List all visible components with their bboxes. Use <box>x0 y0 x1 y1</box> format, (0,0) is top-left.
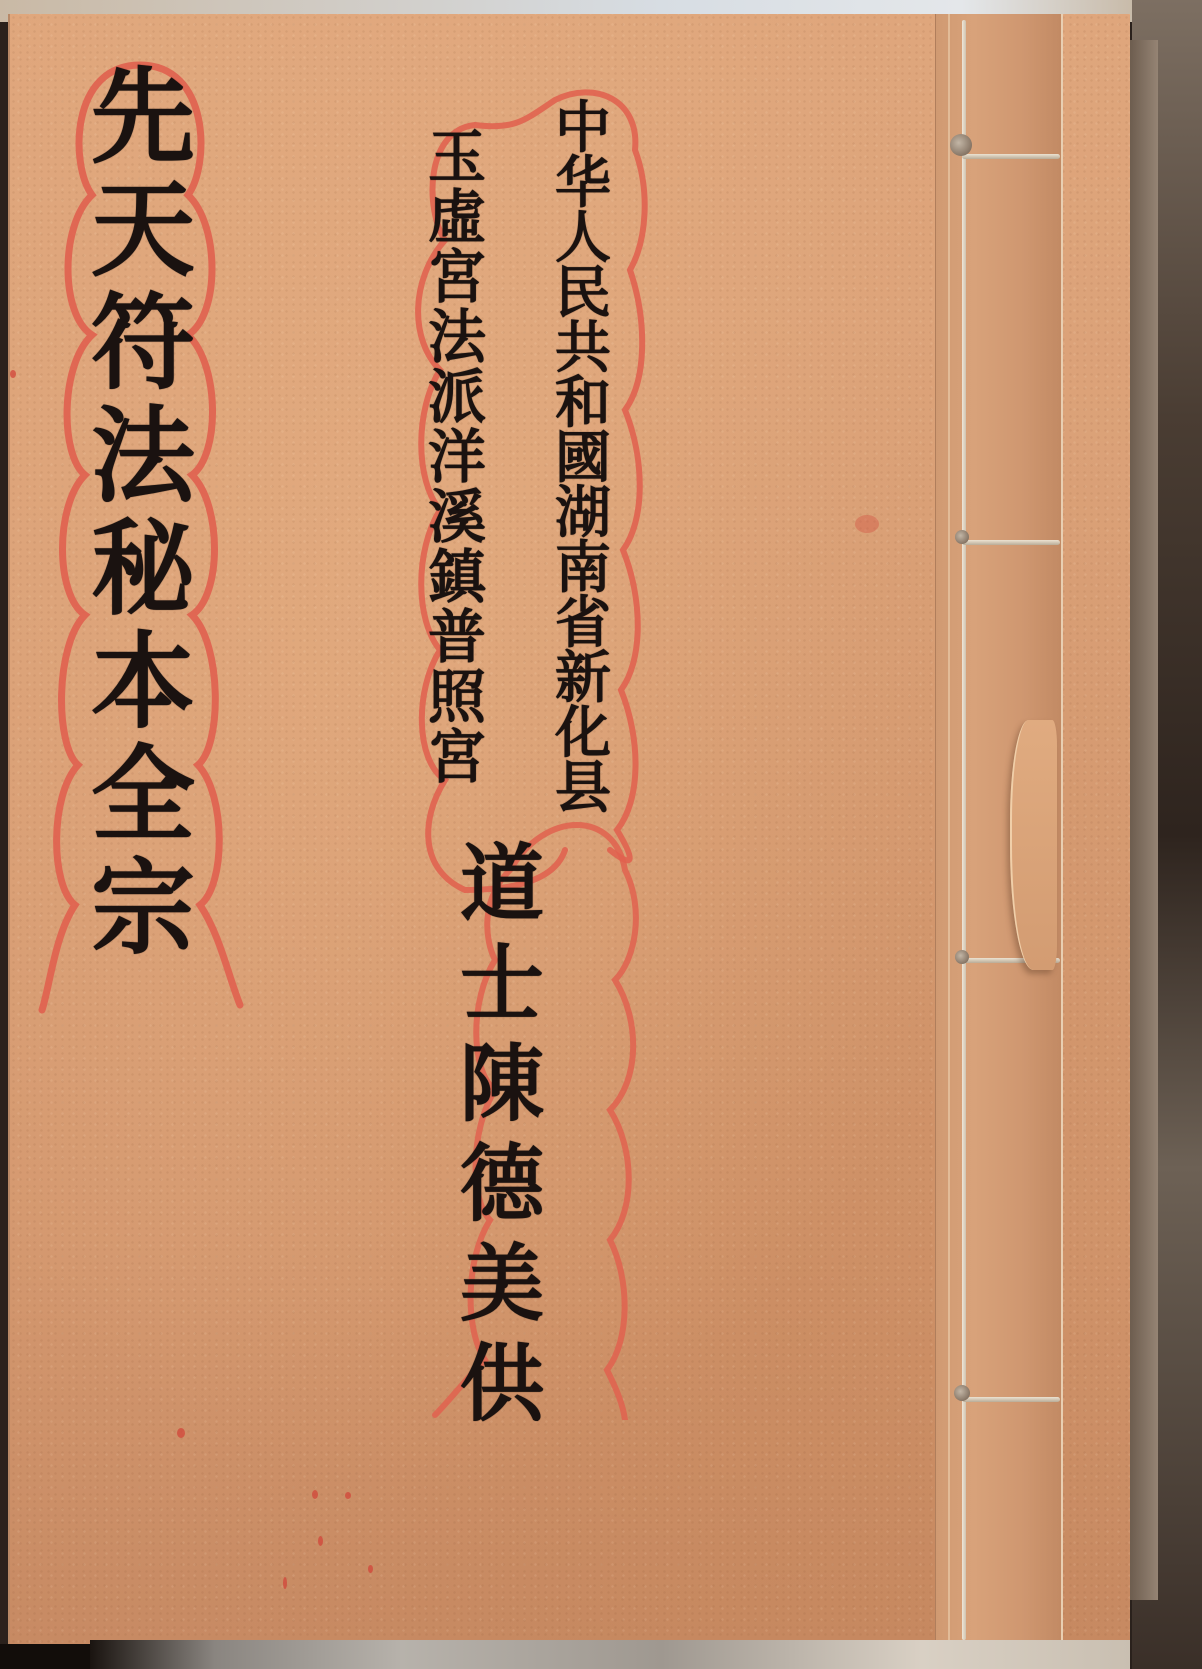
torn-spine-paper <box>1010 720 1057 970</box>
signature-char: 士 <box>460 942 544 1042</box>
inscription-char: 省 <box>555 595 611 650</box>
inscription-char: 新 <box>555 650 611 705</box>
inscription-char: 宮 <box>428 248 486 308</box>
signature-char: 美 <box>460 1242 544 1342</box>
inscription-char: 化 <box>555 705 611 760</box>
inscription-char: 派 <box>428 368 486 428</box>
inscription-char: 华 <box>555 155 611 210</box>
red-ink-speck <box>10 370 16 378</box>
binding-knot-icon <box>954 1385 970 1401</box>
book-title: 先 天 符 法 秘 本 全 宗 <box>68 65 218 969</box>
inscription-char: 民 <box>555 265 611 320</box>
inscription-char: 共 <box>555 320 611 375</box>
signature-char: 德 <box>460 1142 544 1242</box>
inscription-location: 中 华 人 民 共 和 國 湖 南 省 新 化 县 <box>528 100 638 815</box>
inscription-char: 照 <box>428 668 486 728</box>
title-char: 宗 <box>91 856 195 969</box>
red-ink-speck <box>283 1577 287 1589</box>
inscription-char: 宮 <box>428 728 486 788</box>
red-ink-speck <box>368 1565 373 1573</box>
title-char: 符 <box>91 291 195 404</box>
signature-char: 陳 <box>460 1042 544 1142</box>
binding-stitch-2 <box>962 540 1060 545</box>
inscription-char: 湖 <box>555 485 611 540</box>
inscription-char: 人 <box>555 210 611 265</box>
title-char: 秘 <box>91 517 195 630</box>
inscription-char: 普 <box>428 608 486 668</box>
binding-knot-icon <box>950 134 972 156</box>
inscription-char: 法 <box>428 308 486 368</box>
red-ink-speck <box>318 1536 323 1546</box>
inscription-char: 玉 <box>428 128 486 188</box>
inscription-temple: 玉 虛 宮 法 派 洋 溪 鎮 普 照 宮 <box>402 128 512 788</box>
inscription-char: 南 <box>555 540 611 595</box>
red-ink-speck <box>312 1490 318 1499</box>
binding-knot-icon <box>955 950 969 964</box>
inscription-char: 中 <box>555 100 611 155</box>
title-char: 本 <box>91 630 195 743</box>
inscription-char: 县 <box>555 760 611 815</box>
inscription-char: 虛 <box>428 188 486 248</box>
red-ink-stain <box>855 515 879 533</box>
red-ink-speck <box>177 1428 185 1438</box>
underlying-pages <box>1128 40 1158 1600</box>
title-char: 天 <box>91 178 195 291</box>
inscription-signature: 道 士 陳 德 美 供 <box>432 842 572 1442</box>
title-char: 法 <box>91 404 195 517</box>
inscription-char: 洋 <box>428 428 486 488</box>
signature-char: 道 <box>460 842 544 942</box>
inscription-char: 國 <box>555 430 611 485</box>
binding-knot-icon <box>955 530 969 544</box>
inscription-char: 鎮 <box>428 548 486 608</box>
signature-char: 供 <box>460 1342 544 1442</box>
title-char: 先 <box>91 65 195 178</box>
spine-fold-line <box>948 14 950 1644</box>
page-edges-bottom <box>90 1640 1130 1669</box>
binding-stitch-1 <box>962 154 1060 159</box>
binding-stitch-4 <box>962 1397 1060 1402</box>
inscription-char: 溪 <box>428 488 486 548</box>
inscription-char: 和 <box>555 375 611 430</box>
title-char: 全 <box>91 743 195 856</box>
red-ink-speck <box>345 1492 351 1499</box>
